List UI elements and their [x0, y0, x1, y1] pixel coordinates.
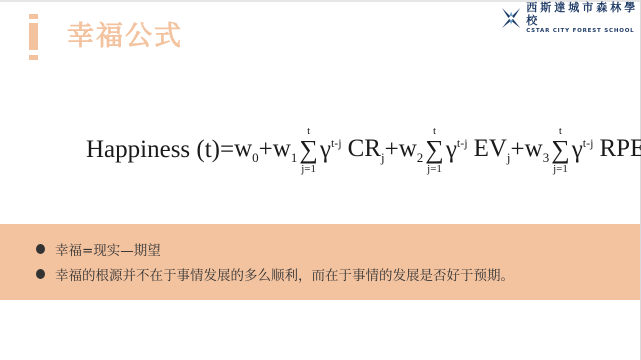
logo-name-en: CSTAR CITY FOREST SCHOOL	[526, 27, 641, 35]
bullet-text: 幸福的根源并不在于事情发展的多么顺利，而在于事情的发展是否好于预期。	[55, 264, 514, 284]
title-marker-bar	[29, 23, 38, 50]
bullet-item: 幸福的根源并不在于事情发展的多么顺利，而在于事情的发展是否好于预期。	[36, 261, 514, 286]
title-marker-top	[29, 14, 38, 19]
sum-symbol: t ∑ j=1	[299, 125, 318, 175]
bullet-dot-icon	[36, 244, 45, 254]
title-marker-bottom	[29, 55, 38, 60]
formula-term-3: w3 t ∑ j=1 γt-j RPEj	[525, 125, 641, 175]
bullet-item: 幸福=现实—期望	[36, 236, 514, 261]
page-title: 幸福公式	[67, 20, 183, 54]
sum-symbol: t ∑ j=1	[551, 125, 570, 175]
formula-plus: +	[385, 136, 399, 164]
happiness-formula: Happiness (t) = w0 + w1 t ∑ j=1 γt-j CRj…	[86, 108, 566, 192]
cstar-logo-icon	[502, 7, 520, 29]
formula-equals: =	[220, 136, 234, 164]
bullet-text: 幸福=现实—期望	[55, 239, 161, 259]
bullet-list: 幸福=现实—期望 幸福的根源并不在于事情发展的多么顺利，而在于事情的发展是否好于…	[36, 236, 514, 286]
formula-plus: +	[511, 136, 525, 164]
formula-w0: w0	[234, 135, 259, 166]
logo-name-cn: 西斯達城市森林學校	[526, 1, 641, 27]
formula-term-1: w1 t ∑ j=1 γt-j CRj	[273, 125, 385, 175]
formula-plus: +	[259, 136, 273, 164]
sum-symbol: t ∑ j=1	[425, 125, 444, 175]
school-logo: 西斯達城市森林學校 CSTAR CITY FOREST SCHOOL	[502, 5, 641, 31]
bullet-dot-icon	[36, 269, 45, 279]
formula-lhs: Happiness (t)	[86, 136, 220, 164]
formula-term-2: w2 t ∑ j=1 γt-j EVj	[399, 125, 511, 175]
